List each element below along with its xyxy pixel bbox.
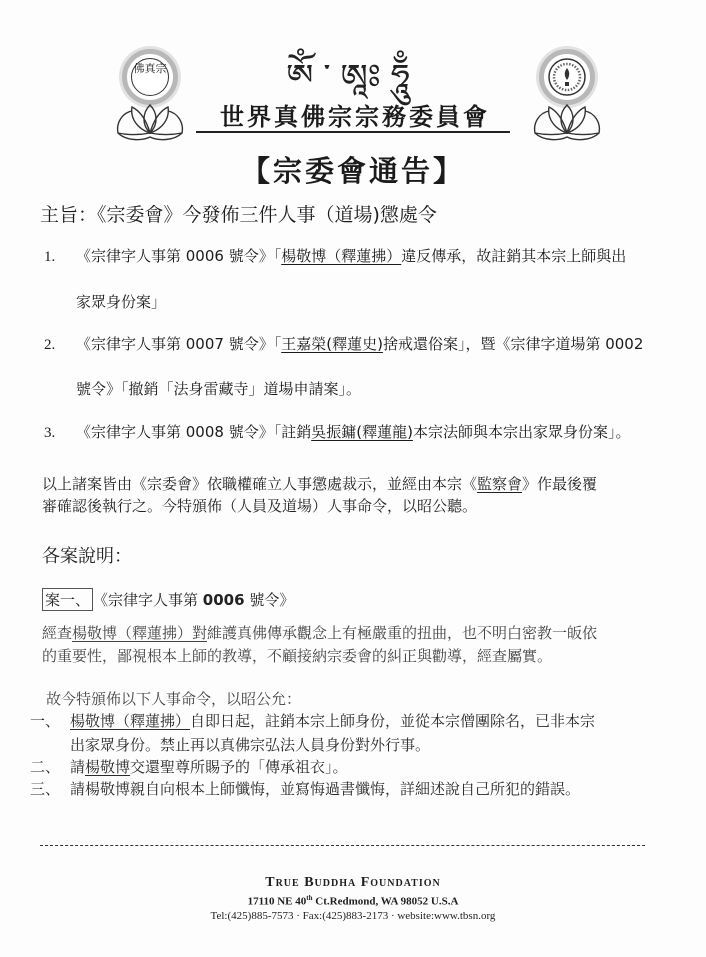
case-ref-prefix: 《宗律字人事第 <box>93 591 203 609</box>
subject-line: 主旨：《宗委會》今發佈三件人事（道場)懲處令 <box>40 200 437 227</box>
desc-text: 維護真佛傳承觀念上有極嚴重的扭曲，也不明白密教一皈依 <box>207 624 597 642</box>
person-name: 王嘉榮(釋蓮史) <box>281 335 383 353</box>
supervisory-committee: 監察會 <box>477 475 522 493</box>
footer-divider <box>40 845 645 846</box>
footer-contact: Tel:(425)885-7573 · Fax:(425)883-2173 · … <box>0 910 706 922</box>
person-name: 楊敬博 <box>85 758 130 776</box>
order-three: 三、請楊敬博親自向根本上師懺悔，並寫悔過書懺悔，詳細述說自己所犯的錯誤。 <box>30 779 580 800</box>
item-text: 《宗律字人事第 0007 號令》「 <box>76 335 281 353</box>
item-text: 違反傳承，故註銷其本宗上師與出 <box>401 247 626 265</box>
order-text: 請 <box>70 758 85 776</box>
order-mark: 三、 <box>30 779 70 800</box>
summary-line-2: 審確認後執行之。今特頒佈（人員及道場）人事命令，以昭公聽。 <box>42 496 477 517</box>
case-label: 案一、 <box>42 588 93 611</box>
case-heading: 案一、《宗律字人事第 0006 號令》 <box>42 588 294 611</box>
header-divider <box>196 131 510 133</box>
footer-address: 17110 NE 40th Ct.Redmond, WA 98052 U.S.A <box>0 894 706 908</box>
order-item-3: 3.《宗律字人事第 0008 號令》「註銷吳振鏞(釋蓮龍)本宗法師與本宗出家眾身… <box>44 421 630 442</box>
order-text: 自即日起，註銷本宗上師身份，並從本宗僧團除名，已非本宗 <box>190 712 595 730</box>
order-item-2-continued: 號令》「撤銷「法身雷藏寺」道場申請案」。 <box>76 378 361 399</box>
notice-title: 【宗委會通告】 <box>0 149 706 190</box>
order-one: 一、楊敬博（釋蓮拂）自即日起，註銷本宗上師身份，並從本宗僧團除名，已非本宗 <box>30 711 595 732</box>
item-number: 2. <box>44 337 76 354</box>
order-mark: 二、 <box>30 757 70 778</box>
item-number: 3. <box>44 425 76 442</box>
summary-line-1: 以上諸案皆由《宗委會》依職權確立人事懲處裁示，並經由本宗《監察會》作最後覆 <box>42 474 597 495</box>
order-item-2: 2.《宗律字人事第 0007 號令》「王嘉榮(釋蓮史)捨戒還俗案」，暨《宗律字道… <box>44 333 643 354</box>
order-intro: 故今特頒佈以下人事命令，以昭公允： <box>46 688 301 710</box>
order-text: 請楊敬博親自向根本上師懺悔，並寫悔過書懺悔，詳細述說自己所犯的錯誤。 <box>70 780 580 798</box>
desc-text: 經查 <box>42 624 72 642</box>
item-text: 本宗法師與本宗出家眾身份案」。 <box>413 423 631 441</box>
address-text: 17110 NE 40 <box>248 896 307 908</box>
item-text: 《宗律字人事第 0006 號令》「 <box>76 247 281 265</box>
summary-text: 》作最後覆 <box>522 475 597 493</box>
order-one-continued: 出家眾身份。禁止再以真佛宗弘法人員身份對外行事。 <box>70 734 430 755</box>
person-name: 吳振鏞(釋蓮龍) <box>311 423 413 441</box>
case-ref-number: 0006 <box>203 591 245 609</box>
case-ref-suffix: 號令》 <box>245 591 295 609</box>
order-mark: 一、 <box>30 711 70 732</box>
person-name: 楊敬博（釋蓮拂）對 <box>72 624 207 642</box>
section-heading: 各案說明： <box>42 542 132 568</box>
case-description-line-2: 的重要性，鄙視根本上師的教導，不顧接納宗委會的糾正與勸導，經查屬實。 <box>42 645 552 667</box>
order-text: 交還聖尊所賜予的「傳承祖衣」。 <box>130 758 348 776</box>
notice-document: 佛真宗 <box>0 0 706 957</box>
summary-text: 以上諸案皆由《宗委會》依職權確立人事懲處裁示，並經由本宗《 <box>42 475 477 493</box>
case-description-line-1: 經查楊敬博（釋蓮拂）對維護真佛傳承觀念上有極嚴重的扭曲，也不明白密教一皈依 <box>42 622 597 644</box>
address-text: Ct.Redmond, WA 98052 U.S.A <box>313 896 459 908</box>
item-text: 捨戒還俗案」，暨《宗律字道場第 0002 <box>383 335 643 353</box>
order-item-1-continued: 家眾身份案」 <box>76 291 166 312</box>
person-name: 楊敬博（釋蓮拂） <box>281 247 401 265</box>
footer-org-name: True Buddha Foundation <box>0 875 706 891</box>
order-two: 二、請楊敬博交還聖尊所賜予的「傳承祖衣」。 <box>30 757 348 778</box>
organization-name: 世界真佛宗宗務委員會 <box>200 97 510 132</box>
person-name: 楊敬博（釋蓮拂） <box>70 712 190 730</box>
item-text: 《宗律字人事第 0008 號令》「註銷 <box>76 423 311 441</box>
item-number: 1. <box>44 249 76 266</box>
order-item-1: 1.《宗律字人事第 0006 號令》「楊敬博（釋蓮拂）違反傳承，故註銷其本宗上師… <box>44 245 626 266</box>
